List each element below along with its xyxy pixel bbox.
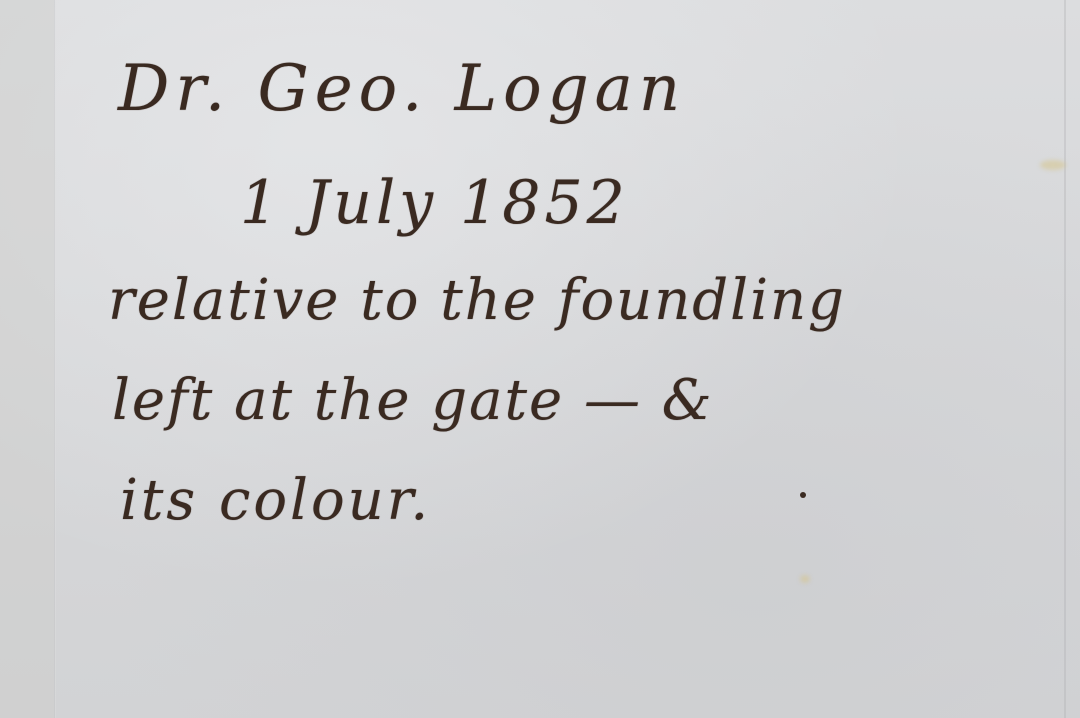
note-line-closing: its colour. — [120, 468, 431, 533]
note-line-subject: relative to the foundling — [108, 268, 846, 333]
right-fold-line — [1064, 0, 1066, 718]
note-line-detail: left at the gate — & — [112, 368, 714, 433]
note-line-addressee: Dr. Geo. Logan — [118, 52, 686, 126]
paper-sheet: Dr. Geo. Logan 1 July 1852 relative to t… — [0, 0, 1080, 718]
foxing-spot — [800, 575, 810, 583]
foxing-spot — [1040, 160, 1066, 170]
left-fold-line — [54, 0, 56, 718]
note-line-date: 1 July 1852 — [240, 168, 629, 238]
ink-dot-mark — [800, 492, 806, 498]
left-margin-strip — [0, 0, 54, 718]
